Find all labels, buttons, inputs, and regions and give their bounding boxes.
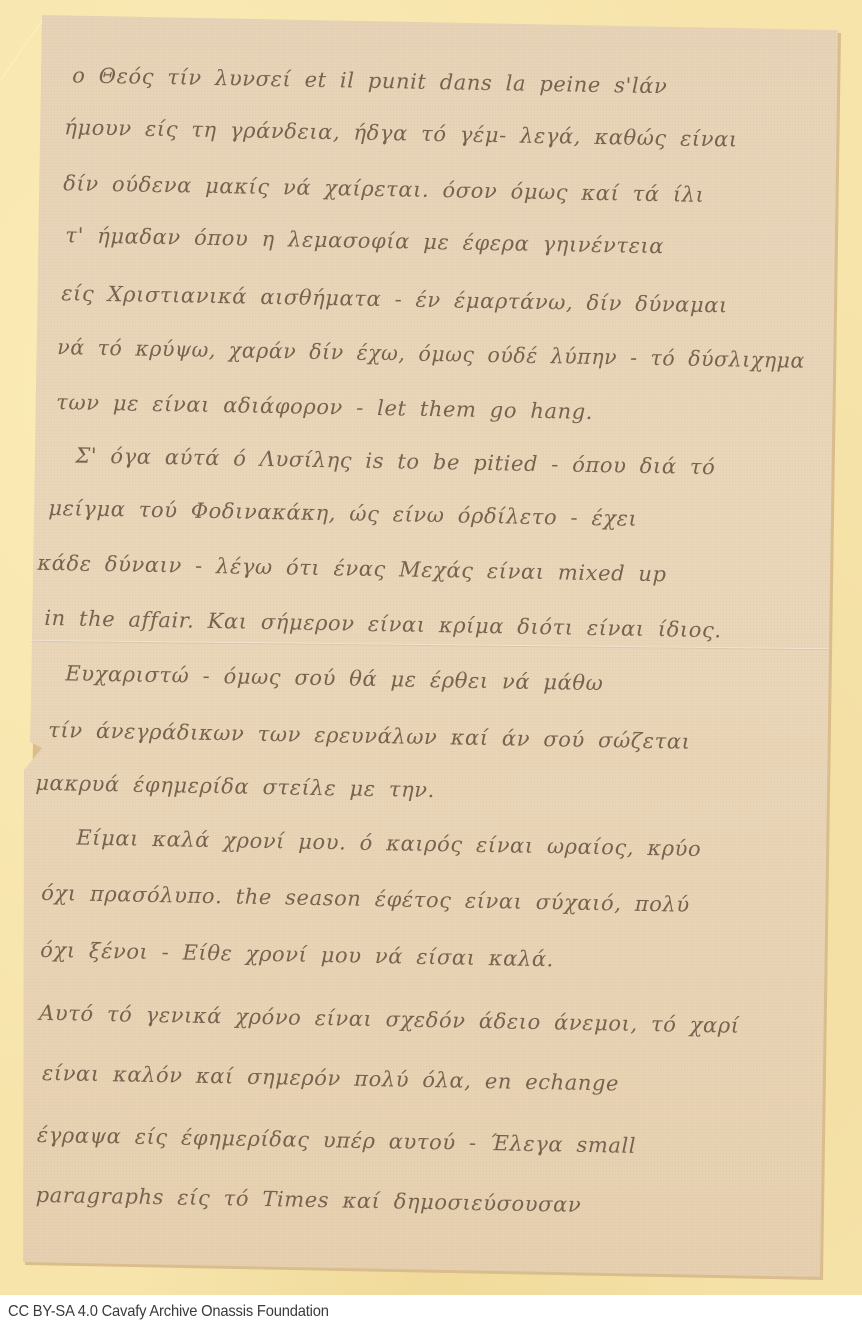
handwriting-line: Αυτό τό γενικά χρόνο είναι σχεδόν άδειο …	[39, 1001, 740, 1038]
handwriting-line: Είμαι καλά χρονί μου. ό καιρός είναι ωρα…	[76, 826, 701, 861]
handwriting-line: ήμουν είς τη γράνδεια, ήδγα τό γέμ- λεγά…	[64, 115, 738, 151]
handwriting-line: ο Θεός τίν λυνσεί et il punit dans la pe…	[72, 63, 668, 98]
handwriting-line: in the affair. Και σήμερον είναι κρίμα δ…	[44, 606, 722, 642]
handwriting-line: είναι καλόν καί σημερόν πολύ όλα, en ech…	[42, 1061, 620, 1096]
footer-bar: CC BY-SA 4.0 Cavafy Archive Onassis Foun…	[0, 1295, 862, 1333]
handwriting-line: τ' ήμαδαν όπου η λεμασοφία με έφερα γηιν…	[65, 223, 664, 258]
handwriting-line: κάδε δύναιν - λέγω ότι ένας Μεχάς είναι …	[37, 551, 667, 587]
handwriting-line: Ευχαριστώ - όμως σού θά με έρθει νά μάθω	[65, 661, 603, 695]
handwriting-line: νά τό κρύψω, χαράν δίν έχω, όμως ούδέ λύ…	[57, 335, 805, 373]
handwriting-line: τίν άνεγράδικων των ερευνάλων καί άν σού…	[48, 718, 691, 754]
license-credit: CC BY-SA 4.0 Cavafy Archive Onassis Foun…	[8, 1303, 329, 1321]
handwriting-line: όχι ξένοι - Είθε χρονί μου νά είσαι καλά…	[40, 938, 554, 971]
handwriting-line: έγραψα είς έφημερίδας υπέρ αυτού - Έλεγα…	[37, 1123, 637, 1158]
handwriting-line: paragraphs είς τό Times καί δημοσιεύσουσ…	[36, 1183, 582, 1217]
handwriting-line: Σ' όγα αύτά ό Λυσίλης is to be pitied - …	[75, 443, 715, 479]
handwritten-text: ο Θεός τίν λυνσεί et il punit dans la pe…	[0, 0, 862, 1303]
handwriting-line: μακρυά έφημερίδα στείλε με την.	[35, 771, 435, 802]
handwriting-line: δίν ούδενα μακίς νά χαίρεται. όσον όμως …	[63, 171, 705, 207]
handwriting-line: είς Χριστιανικά αισθήματα - έν έμαρτάνω,…	[61, 281, 728, 317]
handwriting-line: των με είναι αδιάφορον - let them go han…	[56, 390, 593, 424]
handwriting-line: μείγμα τού Φοδινακάκη, ώς είνω όρδίλετο …	[48, 496, 637, 531]
handwriting-line: όχι πρασόλυπο. the season έφέτος είναι σ…	[41, 881, 690, 917]
